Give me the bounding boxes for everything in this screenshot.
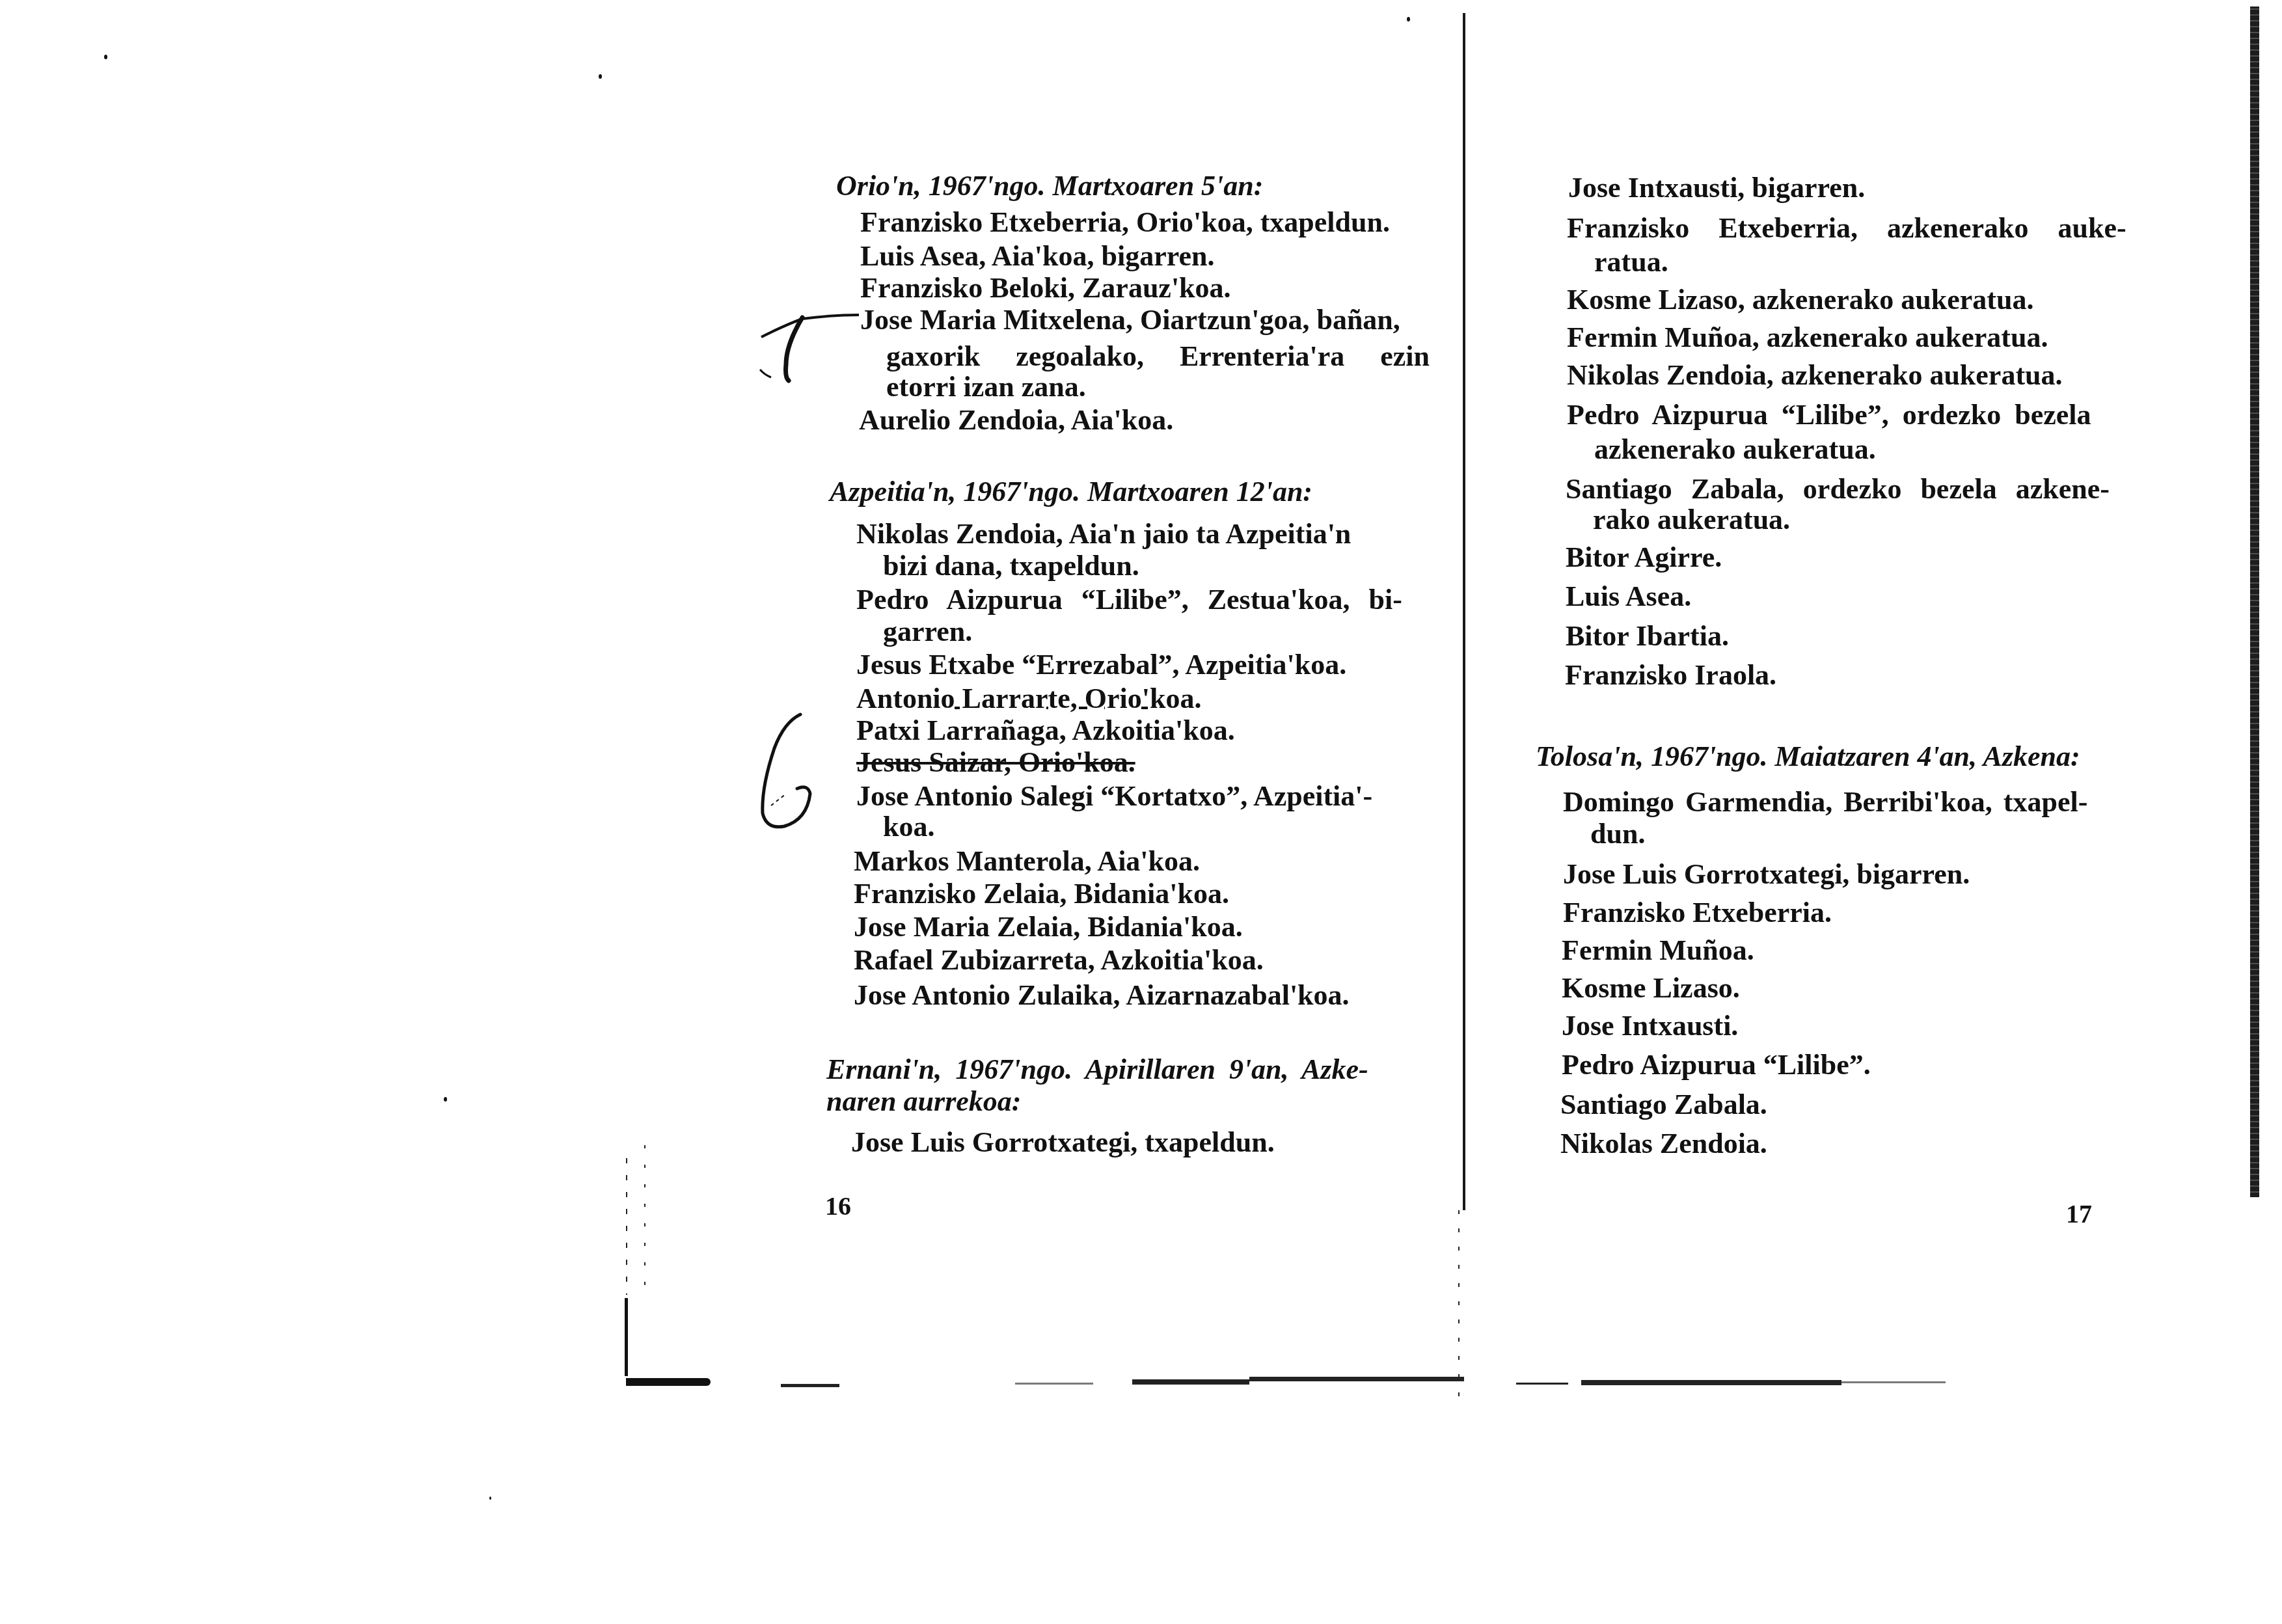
page-number: 16 bbox=[825, 1193, 851, 1219]
list-item-continuation: gaxorik zegoalako, Errenteria'ra ezin bbox=[886, 342, 1430, 371]
list-item: Luis Asea. bbox=[1566, 582, 1691, 611]
list-item: Jose Luis Gorrotxategi, bigarren. bbox=[1563, 860, 1970, 889]
list-item-continuation: ratua. bbox=[1594, 248, 1668, 277]
page-gutter-dotted-line bbox=[1458, 1210, 1460, 1405]
left-scan-edge-dots bbox=[626, 1158, 627, 1295]
list-item: Franzisko Iraola. bbox=[1565, 661, 1776, 690]
list-item: Jose Intxausti. bbox=[1562, 1012, 1738, 1040]
list-item: Nikolas Zendoia. bbox=[1560, 1130, 1767, 1158]
page-corner-shadow bbox=[625, 1298, 628, 1376]
section-heading: Orio'n, 1967'ngo. Martxoaren 5'an: bbox=[836, 172, 1263, 200]
bottom-scan-edge bbox=[1841, 1381, 1946, 1383]
bottom-scan-edge bbox=[1516, 1383, 1568, 1385]
right-scan-edge bbox=[2250, 7, 2259, 1197]
list-item: Jesus Etxabe “Errezabal”, Azpeitia'koa. bbox=[856, 651, 1346, 679]
page-number: 17 bbox=[2066, 1201, 2092, 1227]
list-item: Markos Manterola, Aia'koa. bbox=[854, 847, 1200, 876]
scan-speck bbox=[489, 1496, 491, 1500]
list-item: Jose Intxausti, bigarren. bbox=[1568, 174, 1865, 202]
list-item-continuation: dun. bbox=[1590, 820, 1645, 848]
handwritten-6-annotation bbox=[735, 696, 852, 852]
list-item: Santiago Zabala. bbox=[1560, 1090, 1767, 1119]
list-item: Franzisko Etxeberria, Orio'koa, txapeldu… bbox=[860, 208, 1390, 237]
list-item: Jose Antonio Salegi “Kortatxo”, Azpeitia… bbox=[856, 782, 1372, 811]
list-item: Pedro Aizpurua “Lilibe”, Zestua'koa, bi- bbox=[856, 586, 1402, 614]
list-item: Aurelio Zendoia, Aia'koa. bbox=[859, 406, 1173, 435]
list-item: Jose Maria Mitxelena, Oiartzun'goa, baña… bbox=[860, 306, 1400, 334]
scan-speck bbox=[599, 74, 602, 79]
list-item: Santiago Zabala, ordezko bezela azkene- bbox=[1566, 475, 2110, 504]
bottom-scan-edge bbox=[781, 1384, 839, 1387]
list-item: Franzisko Zelaia, Bidania'koa. bbox=[854, 880, 1229, 908]
scan-speck bbox=[104, 55, 107, 59]
scan-speck bbox=[444, 1097, 447, 1102]
list-item: Pedro Aizpurua “Lilibe”, ordezko bezela bbox=[1567, 401, 2091, 429]
list-item: Jose Luis Gorrotxategi, txapeldun. bbox=[851, 1128, 1275, 1157]
section-heading: Azpeitia'n, 1967'ngo. Martxoaren 12'an: bbox=[830, 478, 1312, 506]
list-item-continuation: bizi dana, txapeldun. bbox=[883, 552, 1139, 580]
list-item: Rafael Zubizarreta, Azkoitia'koa. bbox=[854, 946, 1264, 975]
struck-list-item: Antonio Larrarte, Orio'koa. bbox=[856, 684, 1201, 713]
list-item: Fermin Muñoa, azkenerako aukeratua. bbox=[1567, 323, 2048, 352]
list-item-continuation: etorri izan zana. bbox=[886, 373, 1086, 401]
list-item: Domingo Garmendia, Berribi'koa, txapel- bbox=[1563, 788, 2087, 817]
list-item: Nikolas Zendoia, Aia'n jaio ta Azpeitia'… bbox=[856, 520, 1351, 548]
list-item: Jose Antonio Zulaika, Aizarnazabal'koa. bbox=[854, 981, 1350, 1010]
bottom-scan-edge bbox=[1015, 1383, 1093, 1385]
list-item: Bitor Agirre. bbox=[1566, 543, 1722, 572]
list-item-continuation: garren. bbox=[883, 617, 972, 646]
bottom-scan-edge bbox=[1249, 1377, 1464, 1381]
list-item: Kosme Lizaso. bbox=[1562, 974, 1740, 1003]
section-heading: Ernani'n, 1967'ngo. Apirillaren 9'an, Az… bbox=[826, 1055, 1368, 1084]
list-item-continuation: azkenerako aukeratua. bbox=[1594, 435, 1876, 464]
list-item: Franzisko Etxeberria. bbox=[1563, 899, 1832, 927]
list-item: Pedro Aizpurua “Lilibe”. bbox=[1562, 1051, 1871, 1079]
list-item: Fermin Muñoa. bbox=[1562, 936, 1754, 965]
bottom-scan-edge bbox=[1132, 1379, 1249, 1385]
list-item: Jose Maria Zelaia, Bidania'koa. bbox=[854, 913, 1243, 941]
struck-list-item: Jesus Saizar, Orio'koa. bbox=[856, 748, 1135, 777]
scanned-book-spread: Orio'n, 1967'ngo. Martxoaren 5'an: Franz… bbox=[0, 0, 2282, 1624]
page-corner-shadow bbox=[626, 1378, 711, 1386]
list-item: Patxi Larrañaga, Azkoitia'koa. bbox=[856, 716, 1235, 745]
list-item-continuation: rako aukeratua. bbox=[1593, 506, 1790, 534]
scan-speck bbox=[1407, 17, 1410, 21]
left-scan-edge-dots bbox=[644, 1145, 645, 1301]
section-heading-continuation: naren aurrekoa: bbox=[826, 1087, 1022, 1116]
list-item: Bitor Ibartia. bbox=[1566, 622, 1729, 651]
list-item: Luis Asea, Aia'koa, bigarren. bbox=[860, 242, 1214, 271]
bottom-scan-edge bbox=[1581, 1380, 1841, 1385]
list-item: Franzisko Beloki, Zarauz'koa. bbox=[860, 274, 1231, 303]
section-heading: Tolosa'n, 1967'ngo. Maiatzaren 4'an, Azk… bbox=[1536, 742, 2080, 771]
list-item: Nikolas Zendoia, azkenerako aukeratua. bbox=[1567, 361, 2063, 390]
list-item-continuation: koa. bbox=[883, 813, 934, 841]
page-gutter-line bbox=[1463, 13, 1465, 1210]
list-item: Kosme Lizaso, azkenerako aukeratua. bbox=[1567, 286, 2033, 314]
handwritten-7-annotation bbox=[729, 299, 859, 429]
list-item: Franzisko Etxeberria, azkenerako auke- bbox=[1567, 214, 2126, 243]
